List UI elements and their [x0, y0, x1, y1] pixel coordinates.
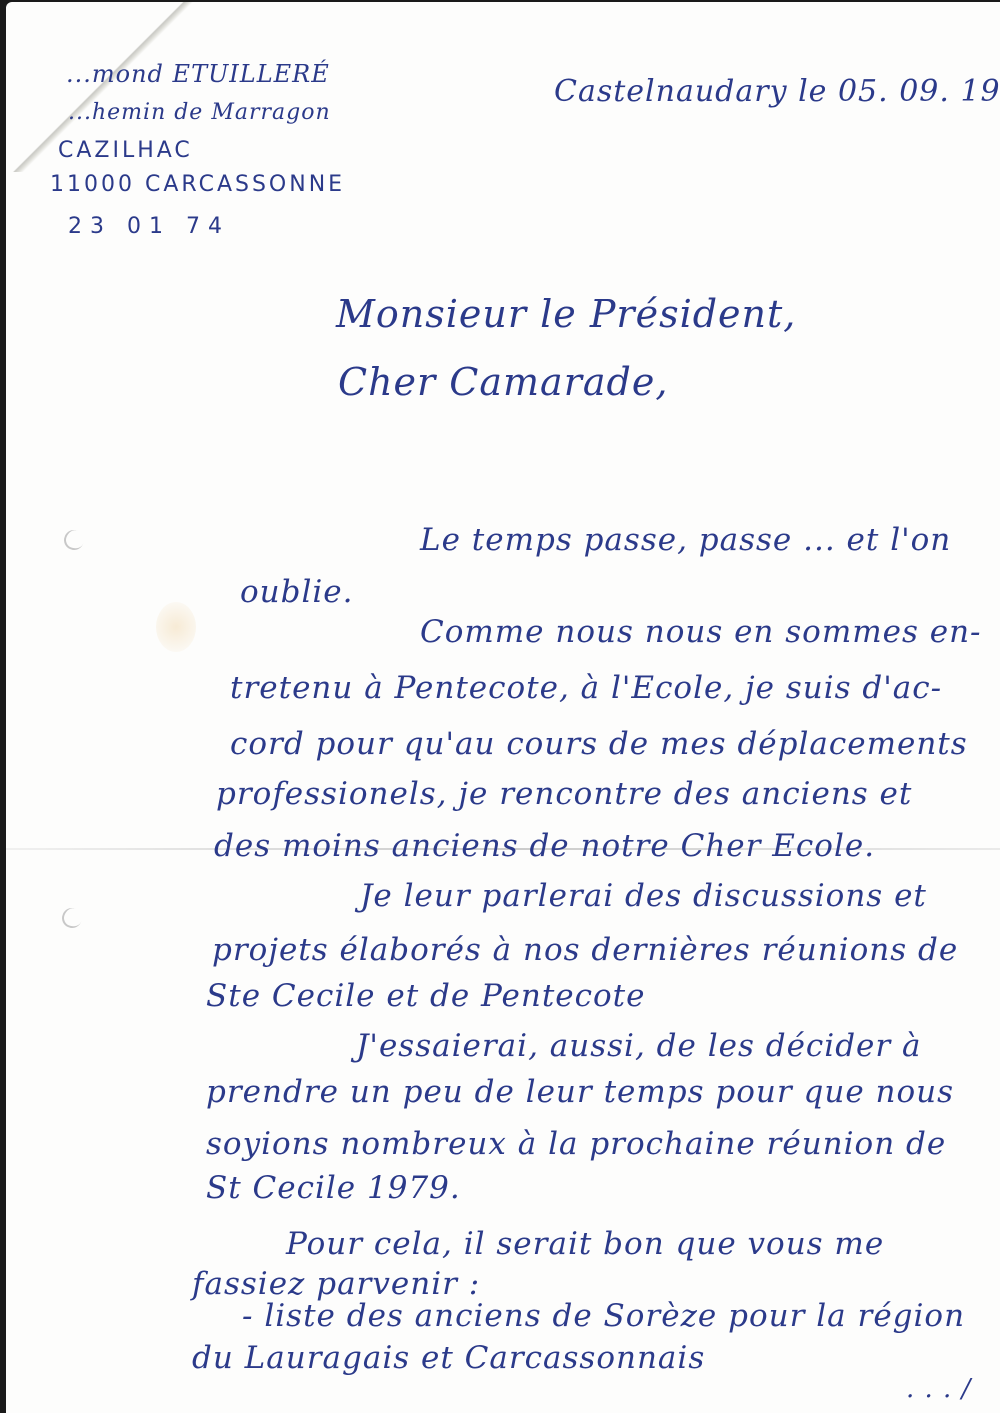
body-line: Comme nous nous en sommes en-	[420, 614, 982, 650]
letter-page: ...mond ETUILLERÉ ...hemin de Marragon C…	[6, 2, 1000, 1413]
body-line: prendre un peu de leur temps pour que no…	[206, 1074, 954, 1110]
body-line: Pour cela, il serait bon que vous me	[286, 1226, 884, 1262]
body-line: oublie.	[240, 574, 354, 610]
body-line: Ste Cecile et de Pentecote	[206, 978, 645, 1014]
sender-street: ...hemin de Marragon	[68, 100, 331, 125]
body-line: J'essaierai, aussi, de les décider à	[356, 1028, 922, 1064]
body-line: cord pour qu'au cours de mes déplacement…	[230, 726, 968, 762]
body-line: Je leur parlerai des discussions et	[360, 878, 927, 914]
continuation-mark: . . . /	[906, 1374, 971, 1404]
body-line: professionels, je rencontre des anciens …	[216, 776, 912, 812]
place-date: Castelnaudary le 05. 09. 1978	[554, 74, 1000, 109]
body-line: des moins anciens de notre Cher Ecole.	[214, 828, 875, 864]
sender-reference-date: 23 01 74	[68, 214, 230, 239]
paper-stain	[156, 602, 196, 652]
body-line: - liste des anciens de Sorèze pour la ré…	[242, 1298, 965, 1334]
salutation-line-2: Cher Camarade,	[338, 360, 668, 404]
punch-hole-mark	[61, 527, 87, 553]
body-line: Le temps passe, passe ... et l'on	[420, 522, 951, 558]
body-line: du Lauragais et Carcassonnais	[192, 1340, 705, 1376]
body-line: projets élaborés à nos dernières réunion…	[212, 932, 958, 968]
body-line: tretenu à Pentecote, à l'Ecole, je suis …	[230, 670, 942, 706]
sender-town: CAZILHAC	[58, 138, 193, 163]
sender-name: ...mond ETUILLERÉ	[66, 60, 330, 88]
punch-hole-mark	[59, 905, 85, 931]
body-line: St Cecile 1979.	[206, 1170, 461, 1206]
body-line: fassiez parvenir :	[192, 1266, 480, 1302]
body-line: soyions nombreux à la prochaine réunion …	[206, 1126, 946, 1162]
salutation-line-1: Monsieur le Président,	[336, 292, 796, 336]
sender-postal-city: 11000 CARCASSONNE	[50, 172, 345, 197]
